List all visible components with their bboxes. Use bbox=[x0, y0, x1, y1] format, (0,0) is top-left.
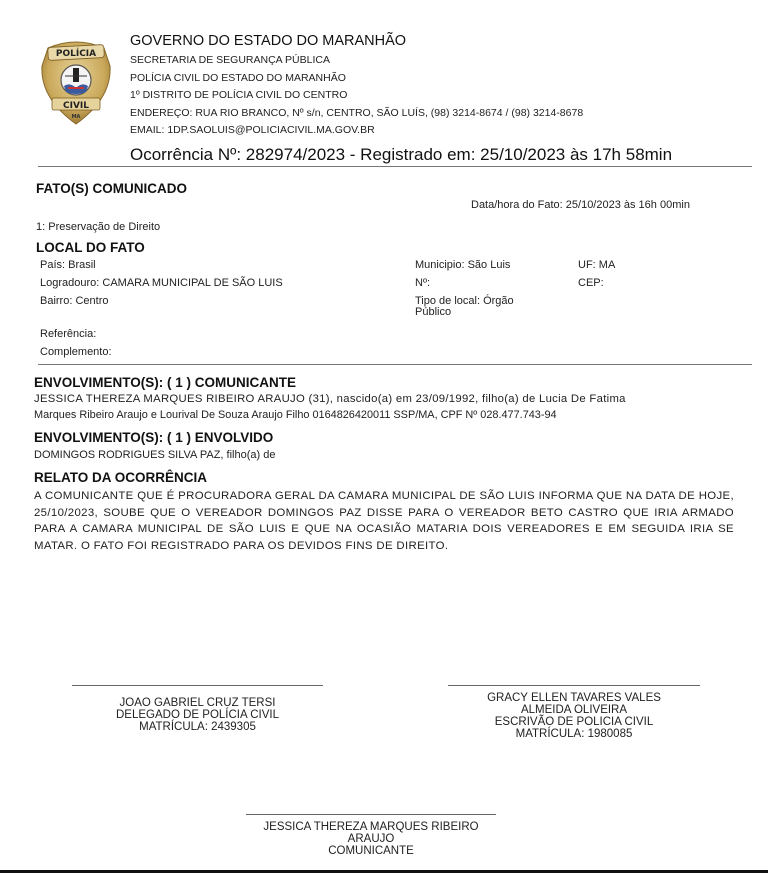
relato-heading: RELATO DA OCORRÊNCIA bbox=[34, 470, 207, 485]
escrivao-name-2: ALMEIDA OLIVEIRA bbox=[448, 704, 700, 716]
local-logradouro: Logradouro: CAMARA MUNICIPAL DE SÃO LUIS bbox=[40, 277, 283, 289]
header-email: EMAIL: 1DP.SAOLUIS@POLICIACIVIL.MA.GOV.B… bbox=[130, 124, 375, 136]
policia-civil-badge-icon: POLÍCIA CIVIL MA bbox=[40, 38, 112, 126]
delegado-signature-line bbox=[72, 685, 323, 686]
local-tipo: Tipo de local: Órgão Público bbox=[415, 296, 514, 318]
escrivao-name-1: GRACY ELLEN TAVARES VALES bbox=[448, 692, 700, 704]
comunicante-heading: ENVOLVIMENTO(S): ( 1 ) COMUNICANTE bbox=[34, 375, 296, 390]
header-policia-civil: POLÍCIA CIVIL DO ESTADO DO MARANHÃO bbox=[130, 72, 346, 84]
delegado-signature: JOAO GABRIEL CRUZ TERSI DELEGADO DE POLÍ… bbox=[72, 697, 323, 733]
comunicante-line2: Marques Ribeiro Araujo e Lourival De Sou… bbox=[34, 409, 557, 421]
local-uf: UF: MA bbox=[578, 259, 615, 271]
delegado-name: JOAO GABRIEL CRUZ TERSI bbox=[72, 697, 323, 709]
local-tipo-line2: Público bbox=[415, 307, 514, 318]
header-endereco: ENDEREÇO: RUA RIO BRANCO, Nº s/n, CENTRO… bbox=[130, 107, 583, 119]
local-complemento: Complemento: bbox=[40, 346, 112, 358]
delegado-role: DELEGADO DE POLÍCIA CIVIL bbox=[72, 709, 323, 721]
comunicante-sig-name-1: JESSICA THEREZA MARQUES RIBEIRO bbox=[221, 821, 521, 833]
fato-item: 1: Preservação de Direito bbox=[36, 221, 160, 233]
local-referencia: Referência: bbox=[40, 328, 96, 340]
fatos-heading: FATO(S) COMUNICADO bbox=[36, 181, 187, 196]
envolvido-heading: ENVOLVIMENTO(S): ( 1 ) ENVOLVIDO bbox=[34, 430, 273, 445]
local-municipio: Municipio: São Luis bbox=[415, 259, 510, 271]
comunicante-line1: JESSICA THEREZA MARQUES RIBEIRO ARAUJO (… bbox=[34, 393, 626, 405]
local-pais: País: Brasil bbox=[40, 259, 96, 271]
comunicante-sig-name-2: ARAUJO bbox=[221, 833, 521, 845]
occurrence-number: Ocorrência Nº: 282974/2023 - Registrado … bbox=[130, 145, 672, 165]
comunicante-sig-role: COMUNICANTE bbox=[221, 845, 521, 857]
delegado-matricula: MATRÍCULA: 2439305 bbox=[72, 721, 323, 733]
local-heading: LOCAL DO FATO bbox=[36, 240, 145, 255]
svg-text:POLÍCIA: POLÍCIA bbox=[56, 47, 96, 59]
relato-text: A COMUNICANTE QUE É PROCURADORA GERAL DA… bbox=[34, 488, 734, 554]
comunicante-signature: JESSICA THEREZA MARQUES RIBEIRO ARAUJO C… bbox=[221, 821, 521, 857]
header-distrito: 1º DISTRITO DE POLÍCIA CIVIL DO CENTRO bbox=[130, 89, 347, 101]
fato-datetime: Data/hora do Fato: 25/10/2023 às 16h 00m… bbox=[471, 199, 690, 211]
header-divider bbox=[38, 166, 752, 167]
government-title: GOVERNO DO ESTADO DO MARANHÃO bbox=[130, 33, 406, 49]
escrivao-role: ESCRIVÃO DE POLICIA CIVIL bbox=[448, 716, 700, 728]
svg-text:MA: MA bbox=[72, 114, 81, 120]
local-divider bbox=[38, 364, 752, 365]
header-secretaria: SECRETARIA DE SEGURANÇA PÚBLICA bbox=[130, 54, 330, 66]
local-cep: CEP: bbox=[578, 277, 604, 289]
envolvido-line1: DOMINGOS RODRIGUES SILVA PAZ, filho(a) d… bbox=[34, 449, 275, 461]
comunicante-signature-line bbox=[246, 814, 496, 815]
local-bairro: Bairro: Centro bbox=[40, 295, 108, 307]
local-numero: Nº: bbox=[415, 277, 430, 289]
svg-text:CIVIL: CIVIL bbox=[63, 101, 89, 111]
escrivao-signature: GRACY ELLEN TAVARES VALES ALMEIDA OLIVEI… bbox=[448, 692, 700, 740]
escrivao-signature-line bbox=[448, 685, 700, 686]
escrivao-matricula: MATRÍCULA: 1980085 bbox=[448, 728, 700, 740]
